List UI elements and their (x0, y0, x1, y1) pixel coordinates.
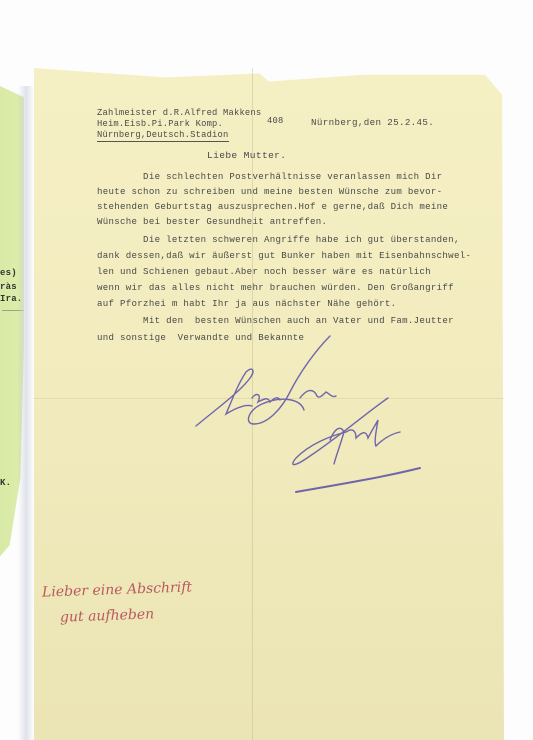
note-line-2: gut aufheben (60, 606, 155, 625)
signature-handwriting-icon (0, 0, 533, 740)
signature (0, 0, 533, 740)
